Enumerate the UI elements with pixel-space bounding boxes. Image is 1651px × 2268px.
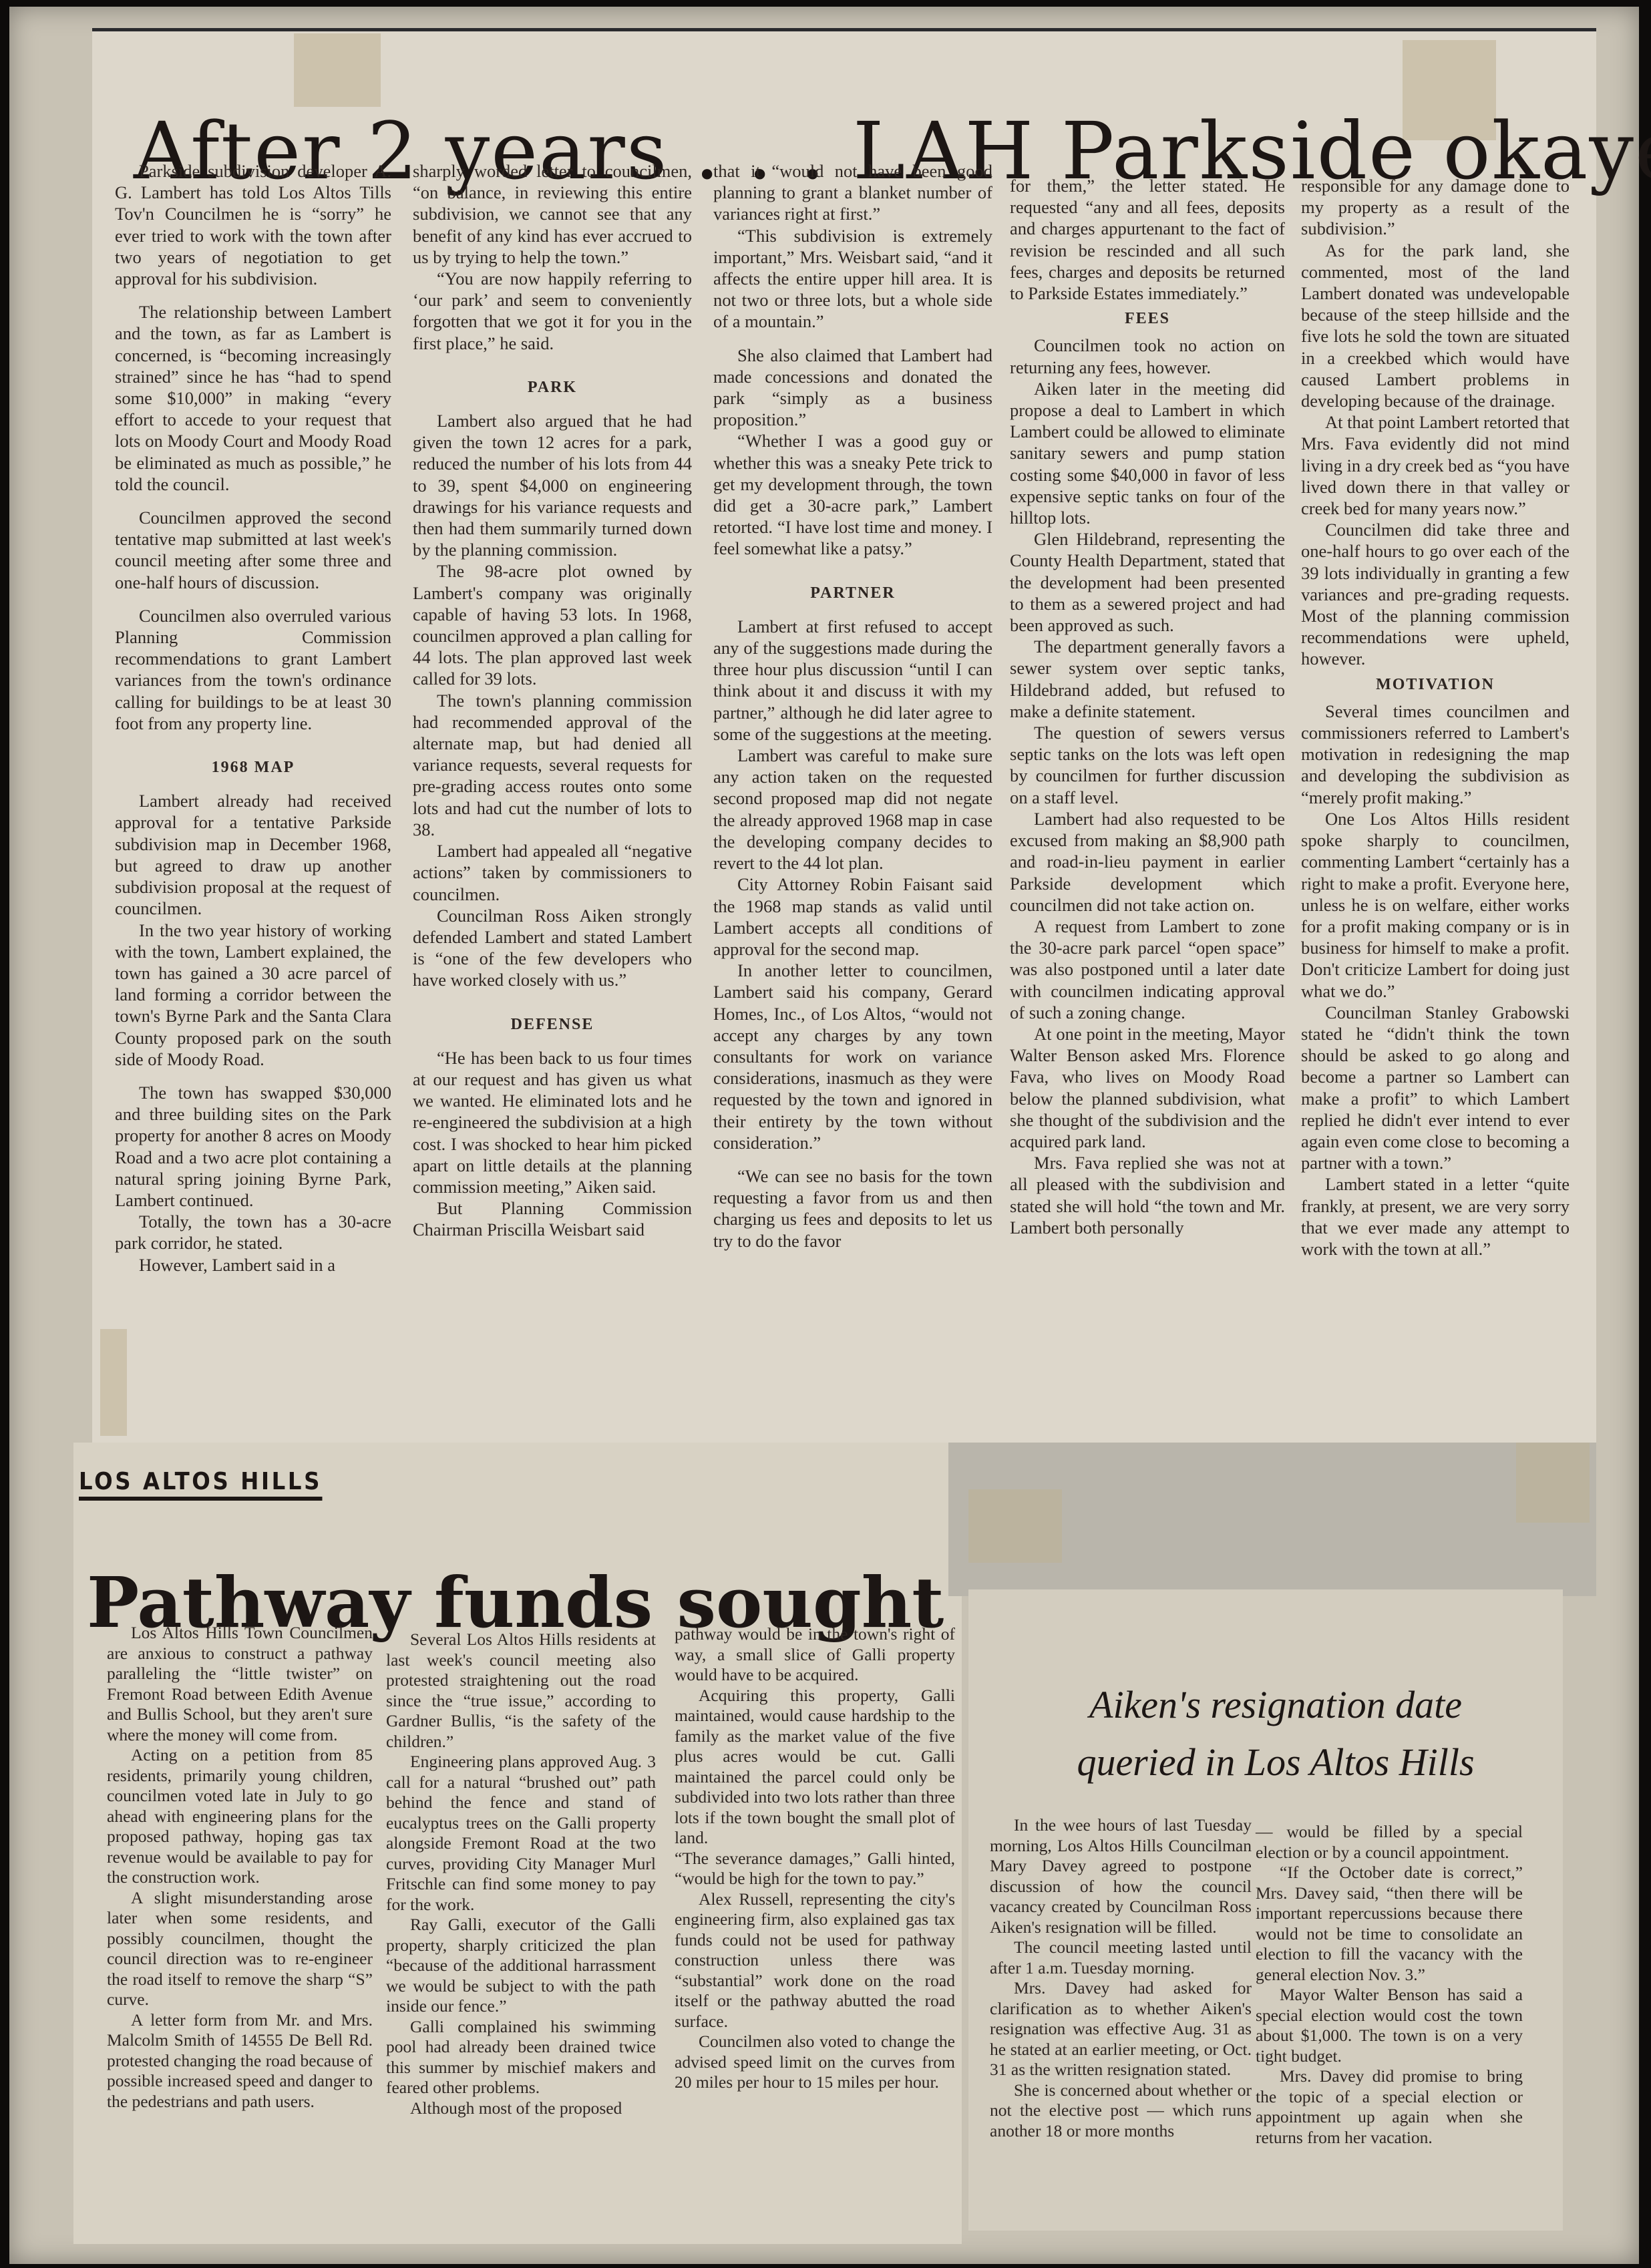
- paragraph: The council meeting lasted until after 1…: [990, 1937, 1252, 1978]
- paragraph: Councilmen also voted to change the advi…: [675, 2032, 955, 2093]
- paragraph: One Los Altos Hills resident spoke sharp…: [1301, 808, 1570, 1002]
- paragraph: Councilman Stanley Grabowski stated he “…: [1301, 1002, 1570, 1174]
- tape-piece: [968, 1489, 1062, 1563]
- paragraph: sharply worded letter to councilmen, “on…: [413, 160, 692, 268]
- paragraph: Several times councilmen and commissione…: [1301, 701, 1570, 808]
- paragraph: Parkside subdivision developer A. G. Lam…: [115, 160, 391, 289]
- paragraph: A letter form from Mr. and Mrs. Malcolm …: [107, 2010, 373, 2112]
- paragraph: Acting on a petition from 85 residents, …: [107, 1745, 373, 1888]
- article-column-4: for them,” the letter stated. He request…: [1010, 175, 1285, 1238]
- paragraph: The relationship between Lambert and the…: [115, 301, 391, 495]
- paragraph: Ray Galli, executor of the Galli propert…: [386, 1915, 656, 2017]
- pathway-column-1: Los Altos Hills Town Councilmen are anxi…: [107, 1623, 373, 2112]
- paragraph: — would be filled by a special election …: [1256, 1822, 1523, 1863]
- paragraph: Councilmen also overruled various Planni…: [115, 605, 391, 734]
- headline-aiken-line2: queried in Los Altos Hills: [1008, 1734, 1543, 1791]
- paragraph: “We can see no basis for the town reques…: [713, 1165, 992, 1252]
- paragraph: Totally, the town has a 30-acre park cor…: [115, 1211, 391, 1254]
- paragraph: A request from Lambert to zone the 30-ac…: [1010, 916, 1285, 1023]
- paragraph: At that point Lambert retorted that Mrs.…: [1301, 411, 1570, 519]
- section-subhead: PARTNER: [713, 582, 992, 604]
- paragraph: “The severance damages,” Galli hinted, “…: [675, 1849, 955, 1889]
- paragraph: Glen Hildebrand, representing the County…: [1010, 528, 1285, 636]
- paragraph: Lambert had appealed all “negative actio…: [413, 840, 692, 905]
- paragraph: At one point in the meeting, Mayor Walte…: [1010, 1023, 1285, 1152]
- paragraph: Although most of the proposed: [386, 2098, 656, 2119]
- paragraph: Lambert also argued that he had given th…: [413, 410, 692, 560]
- paragraph: “Whether I was a good guy or whether thi…: [713, 430, 992, 559]
- paragraph: In the two year history of working with …: [115, 920, 391, 1070]
- paragraph: Lambert already had received approval fo…: [115, 790, 391, 919]
- paragraph: responsible for any damage done to my pr…: [1301, 175, 1570, 240]
- paragraph: for them,” the letter stated. He request…: [1010, 175, 1285, 304]
- paragraph: Lambert had also requested to be excused…: [1010, 808, 1285, 916]
- paragraph: In the wee hours of last Tuesday morning…: [990, 1815, 1252, 1937]
- paragraph: “You are now happily referring to ‘our p…: [413, 268, 692, 354]
- paragraph: A slight misunderstanding arose later wh…: [107, 1888, 373, 2010]
- section-kicker: LOS ALTOS HILLS: [79, 1468, 322, 1501]
- paragraph: Galli complained his swimming pool had a…: [386, 2017, 656, 2098]
- section-subhead: 1968 MAP: [115, 757, 391, 778]
- paragraph: Councilmen did take three and one-half h…: [1301, 519, 1570, 669]
- paragraph: But Planning Commission Chairman Priscil…: [413, 1197, 692, 1240]
- section-subhead: FEES: [1010, 308, 1285, 329]
- paragraph: As for the park land, she commented, mos…: [1301, 240, 1570, 412]
- paragraph: Lambert at first refused to accept any o…: [713, 616, 992, 745]
- paragraph: Los Altos Hills Town Councilmen are anxi…: [107, 1623, 373, 1745]
- paragraph: The department generally favors a sewer …: [1010, 636, 1285, 722]
- aiken-column-2: — would be filled by a special election …: [1256, 1822, 1523, 2148]
- paragraph: Councilmen took no action on returning a…: [1010, 335, 1285, 377]
- paragraph: that it “would not have been good planni…: [713, 160, 992, 225]
- article-column-2: sharply worded letter to councilmen, “on…: [413, 160, 692, 1241]
- section-subhead: PARK: [413, 377, 692, 398]
- paragraph: Lambert was careful to make sure any act…: [713, 745, 992, 874]
- paragraph: Councilmen approved the second tentative…: [115, 507, 391, 593]
- paragraph: Lambert stated in a letter “quite frankl…: [1301, 1173, 1570, 1260]
- pathway-column-2: Several Los Altos Hills residents at las…: [386, 1630, 656, 2118]
- paragraph: She is concerned about whether or not th…: [990, 2080, 1252, 2142]
- article-column-3: that it “would not have been good planni…: [713, 160, 992, 1252]
- paragraph: The town has swapped $30,000 and three b…: [115, 1082, 391, 1211]
- section-subhead: MOTIVATION: [1301, 674, 1570, 695]
- paragraph: Mrs. Davey did promise to bring the topi…: [1256, 2066, 1523, 2148]
- paragraph: Councilman Ross Aiken strongly defended …: [413, 905, 692, 991]
- paragraph: The 98-acre plot owned by Lambert's comp…: [413, 560, 692, 689]
- tape-piece: [294, 33, 381, 107]
- paragraph: Mrs. Fava replied she was not at all ple…: [1010, 1152, 1285, 1238]
- paragraph: Alex Russell, representing the city's en…: [675, 1889, 955, 2032]
- paragraph: Engineering plans approved Aug. 3 call f…: [386, 1752, 656, 1915]
- paragraph: Mayor Walter Benson has said a special e…: [1256, 1985, 1523, 2066]
- paragraph: However, Lambert said in a: [115, 1254, 391, 1276]
- paragraph: “This subdivision is extremely important…: [713, 225, 992, 333]
- paragraph: Several Los Altos Hills residents at las…: [386, 1630, 656, 1752]
- paragraph: Acquiring this property, Galli maintaine…: [675, 1686, 955, 1849]
- paragraph: She also claimed that Lambert had made c…: [713, 345, 992, 431]
- headline-aiken-line1: Aiken's resignation date: [1008, 1676, 1543, 1734]
- paragraph: Mrs. Davey had asked for clarification a…: [990, 1978, 1252, 2080]
- section-subhead: DEFENSE: [413, 1014, 692, 1035]
- paragraph: Aiken later in the meeting did propose a…: [1010, 378, 1285, 528]
- paragraph: The town's planning commission had recom…: [413, 690, 692, 840]
- pathway-column-3: pathway would be in the town's right of …: [675, 1624, 955, 2093]
- paragraph: “He has been back to us four times at ou…: [413, 1047, 692, 1197]
- paragraph: “If the October date is correct,” Mrs. D…: [1256, 1863, 1523, 1985]
- paragraph: The question of sewers versus septic tan…: [1010, 722, 1285, 808]
- paragraph: City Attorney Robin Faisant said the 196…: [713, 874, 992, 960]
- article-column-1: Parkside subdivision developer A. G. Lam…: [115, 160, 391, 1276]
- aiken-column-1: In the wee hours of last Tuesday morning…: [990, 1815, 1252, 2141]
- tape-piece: [100, 1329, 127, 1436]
- paragraph: In another letter to councilmen, Lambert…: [713, 960, 992, 1153]
- article-column-5: responsible for any damage done to my pr…: [1301, 175, 1570, 1260]
- tape-piece: [1516, 1443, 1590, 1523]
- headline-aiken: Aiken's resignation date queried in Los …: [1008, 1676, 1543, 1791]
- paragraph: pathway would be in the town's right of …: [675, 1624, 955, 1686]
